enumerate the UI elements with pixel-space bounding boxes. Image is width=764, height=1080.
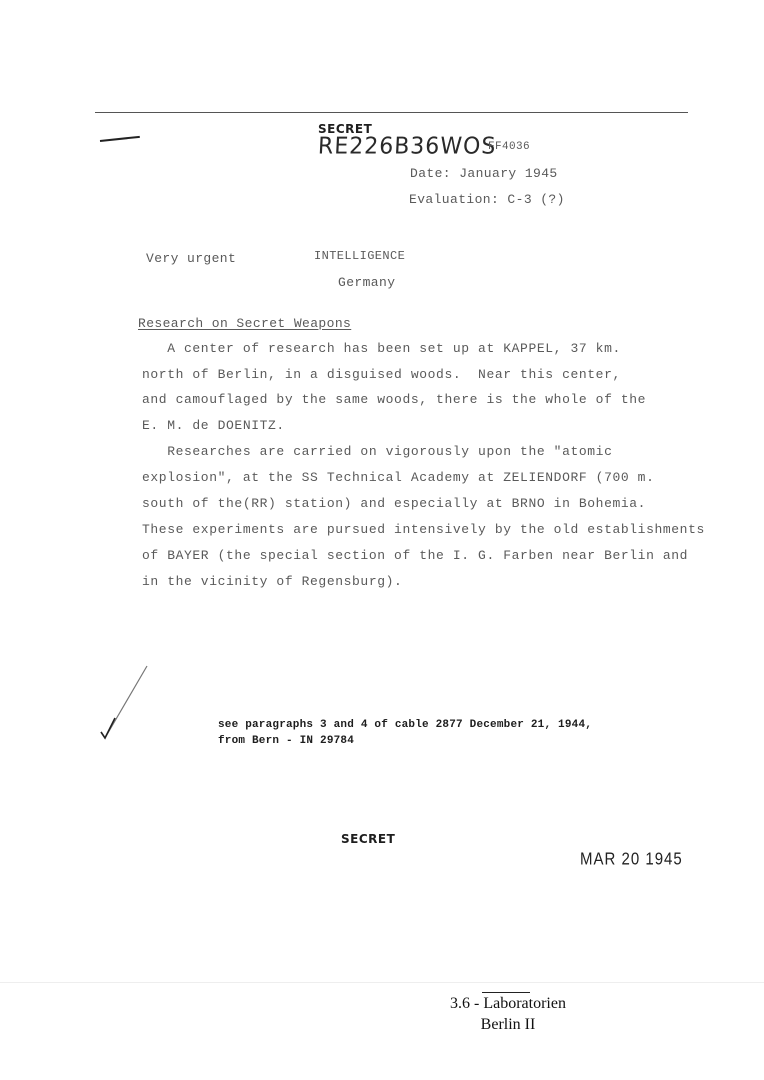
report-line: of BAYER (the special section of the I. …: [142, 548, 688, 563]
checkmark-icon: [95, 662, 155, 742]
reference-note-line-1: see paragraphs 3 and 4 of cable 2877 Dec…: [218, 719, 592, 731]
report-line: and camouflaged by the same woods, there…: [142, 392, 646, 407]
report-line: explosion", at the SS Technical Academy …: [142, 470, 654, 485]
archive-label-line-1: 3.6 - Laboratorien: [408, 995, 608, 1013]
received-date-stamp: MAR 20 1945: [580, 850, 683, 870]
reference-note-line-2: from Bern - IN 29784: [218, 735, 354, 747]
priority-label: Very urgent: [146, 251, 236, 266]
report-line: south of the(RR) station) and especially…: [142, 496, 646, 511]
report-line: These experiments are pursued intensivel…: [142, 522, 705, 537]
archive-label-rule: [482, 992, 530, 993]
margin-dash-mark-icon: [100, 136, 140, 142]
category-label: INTELLIGENCE: [314, 249, 405, 263]
top-rule: [95, 112, 688, 113]
archive-label-line-2: Berlin II: [408, 1016, 608, 1034]
report-line: north of Berlin, in a disguised woods. N…: [142, 367, 621, 382]
report-line: in the vicinity of Regensburg).: [142, 574, 402, 589]
evaluation-line: Evaluation: C-3 (?): [409, 192, 565, 207]
handwritten-reference: RE226B36WOS: [317, 133, 497, 159]
page-divider: [0, 982, 764, 983]
report-line: E. M. de DOENITZ.: [142, 418, 285, 433]
country-label: Germany: [338, 275, 395, 290]
classification-stamp-bottom: SECRET: [341, 832, 395, 846]
report-line: A center of research has been set up at …: [142, 341, 621, 356]
typed-reference: FF4036: [488, 141, 530, 153]
date-line: Date: January 1945: [410, 166, 558, 181]
report-line: Researches are carried on vigorously upo…: [142, 444, 612, 459]
report-title: Research on Secret Weapons: [138, 316, 351, 331]
